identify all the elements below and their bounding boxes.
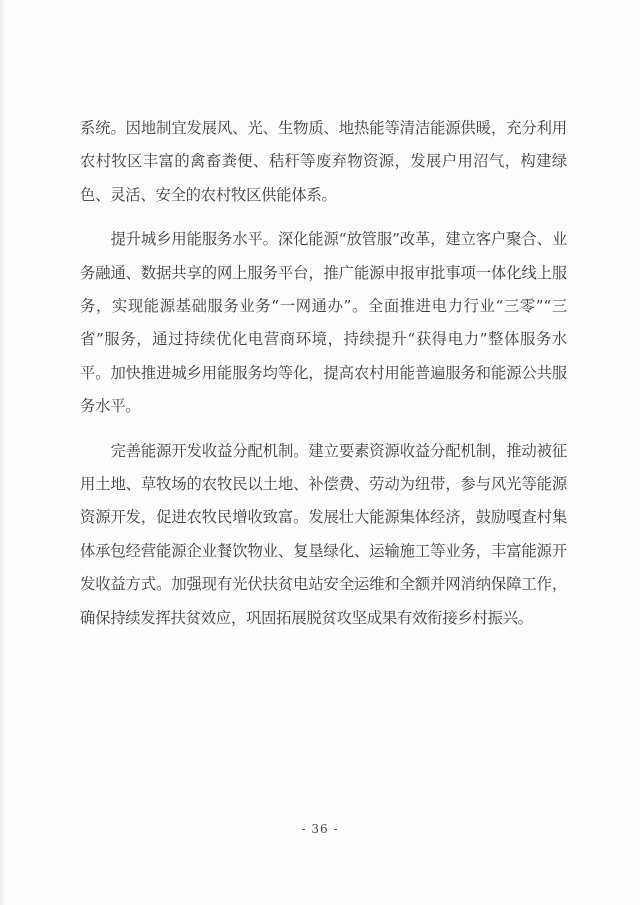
paragraph-energy-services: 提升城乡用能服务水平。深化能源“放管服”改革，建立客户聚合、业务融通、数据共享的… [80,223,567,423]
document-page: 系统。因地制宜发展风、光、生物质、地热能等清洁能源供暖，充分利用农村牧区丰富的禽… [0,0,640,905]
paragraph-revenue-distribution: 完善能源开发收益分配机制。建立要素资源收益分配机制，推动被征用土地、草牧场的农牧… [80,435,567,635]
page-number: - 36 - [0,822,640,836]
paragraph-continuation: 系统。因地制宜发展风、光、生物质、地热能等清洁能源供暖，充分利用农村牧区丰富的禽… [80,112,567,212]
document-body: 系统。因地制宜发展风、光、生物质、地热能等清洁能源供暖，充分利用农村牧区丰富的禽… [80,112,567,646]
